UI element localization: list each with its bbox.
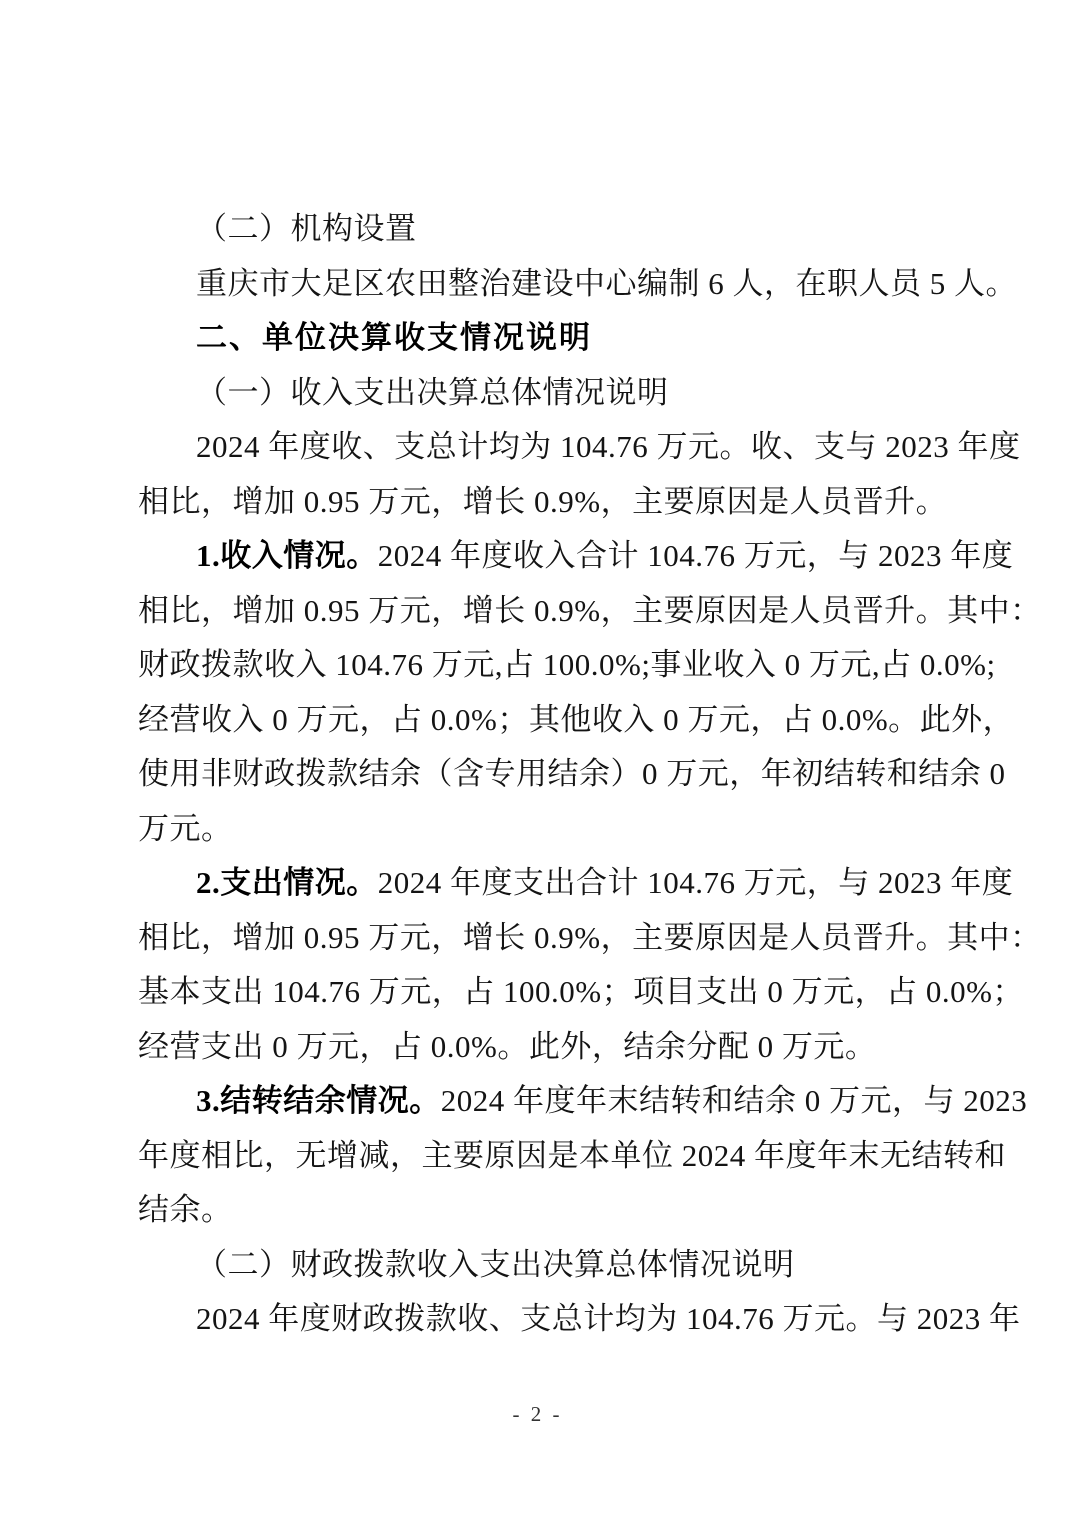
paragraph-line: 结余。	[138, 1183, 944, 1238]
paragraph-line: 2.支出情况。2024 年度支出合计 104.76 万元，与 2023 年度	[138, 856, 944, 911]
paragraph-line: 使用非财政拨款结余（含专用结余）0 万元，年初结转和结余 0	[138, 747, 944, 802]
inline-heading: 3.结转结余情况。	[196, 1083, 441, 1118]
paragraph-line: 经营支出 0 万元，占 0.0%。此外，结余分配 0 万元。	[138, 1020, 944, 1075]
paragraph-text: 2024 年度年末结转和结余 0 万元，与 2023	[441, 1083, 1028, 1118]
paragraph-text: 2024 年度支出合计 104.76 万元，与 2023 年度	[378, 865, 1014, 900]
paragraph-line: 相比，增加 0.95 万元，增长 0.9%，主要原因是人员晋升。	[138, 475, 944, 530]
paragraph-line: 3.结转结余情况。2024 年度年末结转和结余 0 万元，与 2023	[138, 1074, 944, 1129]
paragraph-line: 2024 年度收、支总计均为 104.76 万元。收、支与 2023 年度	[138, 420, 944, 475]
paragraph-line: 重庆市大足区农田整治建设中心编制 6 人，在职人员 5 人。	[138, 257, 944, 312]
paragraph-line: 1.收入情况。2024 年度收入合计 104.76 万元，与 2023 年度	[138, 529, 944, 584]
paragraph-line: 相比，增加 0.95 万元，增长 0.9%，主要原因是人员晋升。其中：	[138, 911, 944, 966]
paragraph-line: 财政拨款收入 104.76 万元,占 100.0%;事业收入 0 万元,占 0.…	[138, 638, 944, 693]
section-heading: 二、单位决算收支情况说明	[138, 311, 944, 366]
subsection-heading: （一）收入支出决算总体情况说明	[138, 366, 944, 421]
inline-heading: 2.支出情况。	[196, 865, 378, 900]
document-page: （二）机构设置 重庆市大足区农田整治建设中心编制 6 人，在职人员 5 人。 二…	[0, 0, 1075, 1520]
paragraph-line: 基本支出 104.76 万元，占 100.0%；项目支出 0 万元，占 0.0%…	[138, 965, 944, 1020]
subsection-heading: （二）财政拨款收入支出决算总体情况说明	[138, 1238, 944, 1293]
inline-heading: 1.收入情况。	[196, 538, 378, 573]
document-body: （二）机构设置 重庆市大足区农田整治建设中心编制 6 人，在职人员 5 人。 二…	[138, 202, 944, 1347]
paragraph-line: 万元。	[138, 802, 944, 857]
paragraph-line: 相比，增加 0.95 万元，增长 0.9%，主要原因是人员晋升。其中：	[138, 584, 944, 639]
paragraph-line: 2024 年度财政拨款收、支总计均为 104.76 万元。与 2023 年	[138, 1292, 944, 1347]
page-number: - 2 -	[0, 1398, 1075, 1430]
paragraph-line: 经营收入 0 万元，占 0.0%；其他收入 0 万元，占 0.0%。此外，	[138, 693, 944, 748]
paragraph-line: 年度相比，无增减，主要原因是本单位 2024 年度年末无结转和	[138, 1129, 944, 1184]
paragraph-text: 2024 年度收入合计 104.76 万元，与 2023 年度	[378, 538, 1014, 573]
subsection-heading: （二）机构设置	[138, 202, 944, 257]
